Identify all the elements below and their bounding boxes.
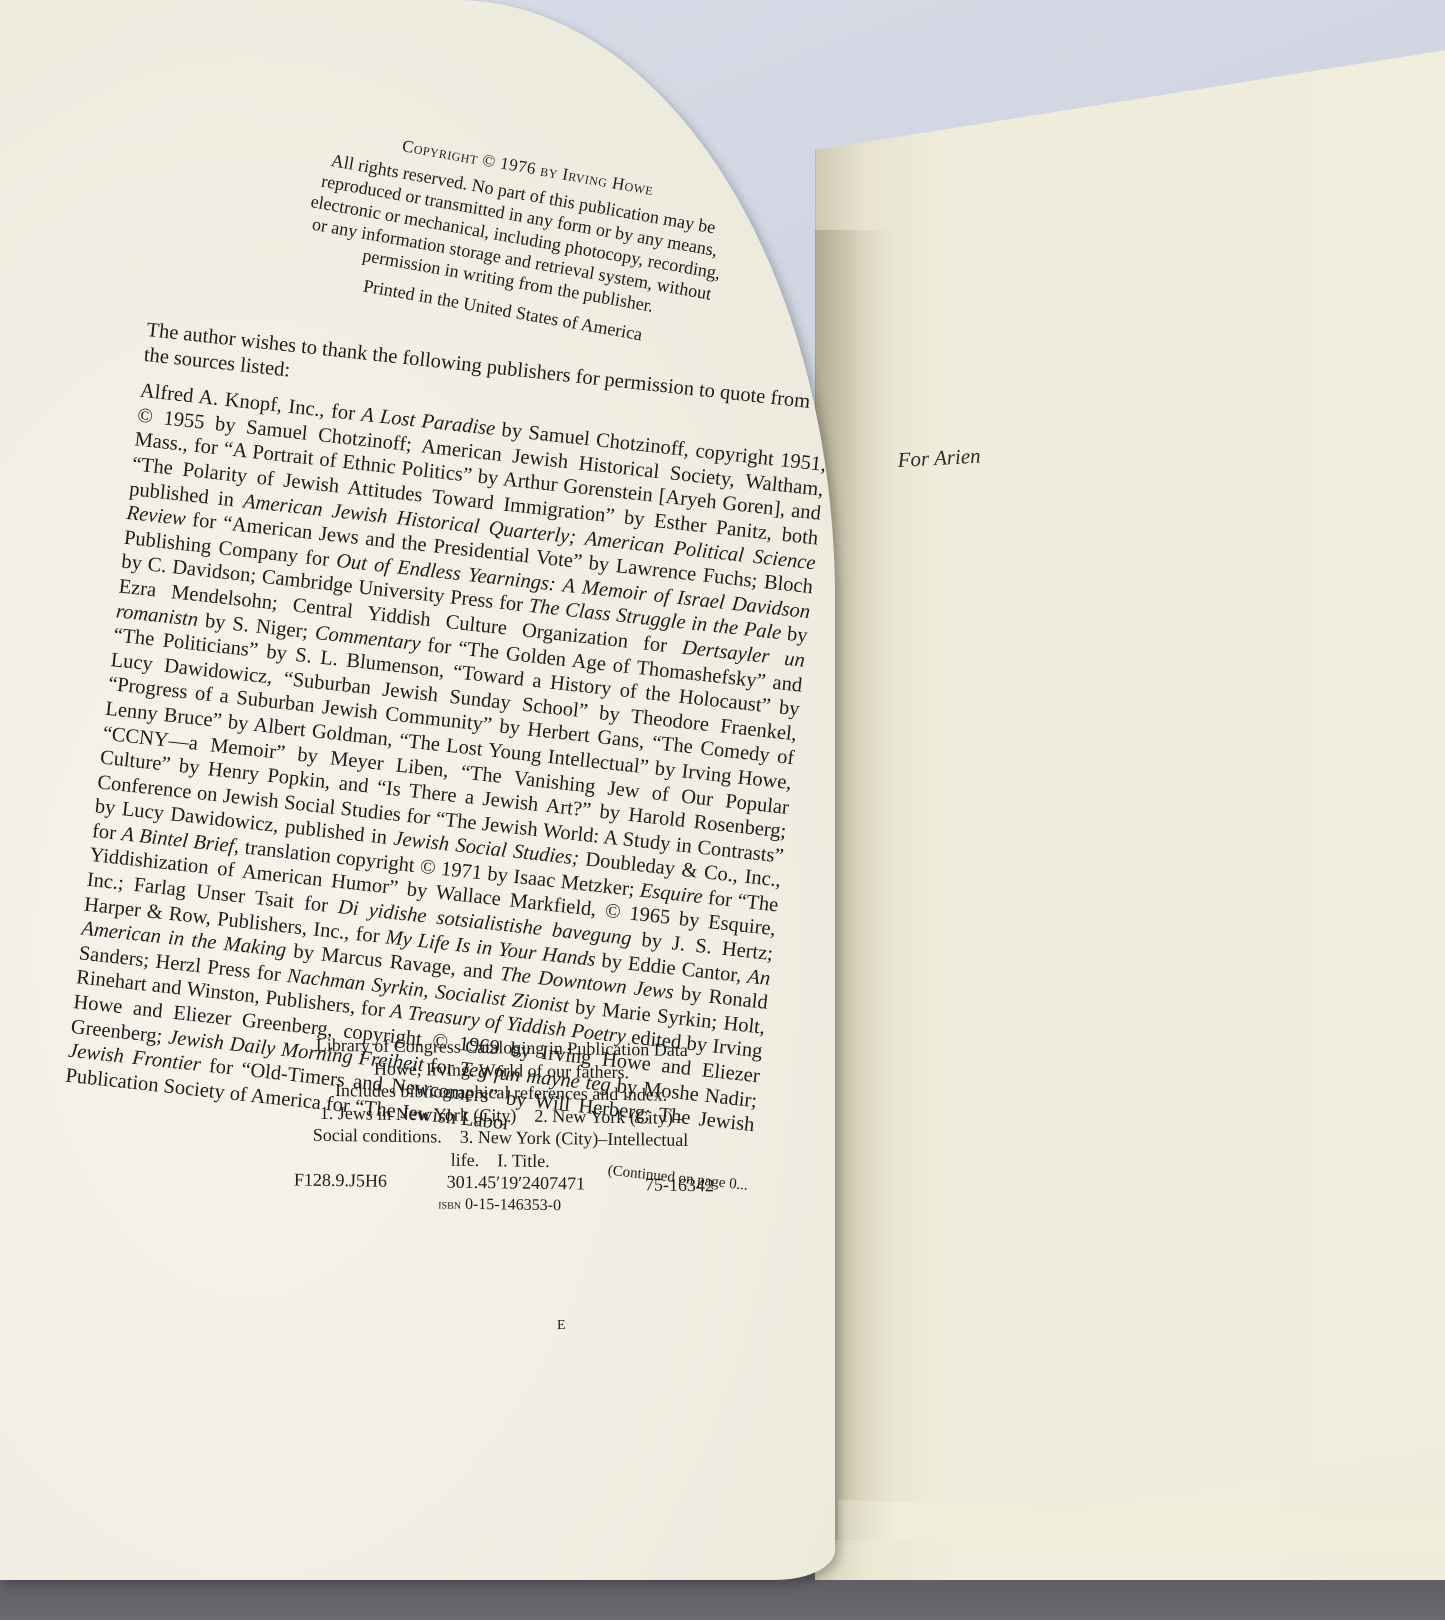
left-page: Copyright © 1976 by Irving Howe All righ…: [0, 0, 835, 1580]
dedication: For Arien: [897, 444, 981, 473]
cip-data: Library of Congress Cataloging in Public…: [259, 1033, 741, 1221]
copyright-block: Copyright © 1976 by Irving Howe All righ…: [289, 120, 741, 358]
isbn: 0-15-146353-0: [465, 1195, 561, 1213]
dewey-number: 301.45′19′2407471: [447, 1171, 586, 1195]
isbn-prefix: isbn: [438, 1197, 461, 1212]
page-letter: E: [557, 1318, 566, 1334]
right-page-top: [815, 49, 1445, 1550]
card-number: 75-16342: [645, 1173, 714, 1196]
lc-number: F128.9.J5H6: [294, 1168, 387, 1192]
